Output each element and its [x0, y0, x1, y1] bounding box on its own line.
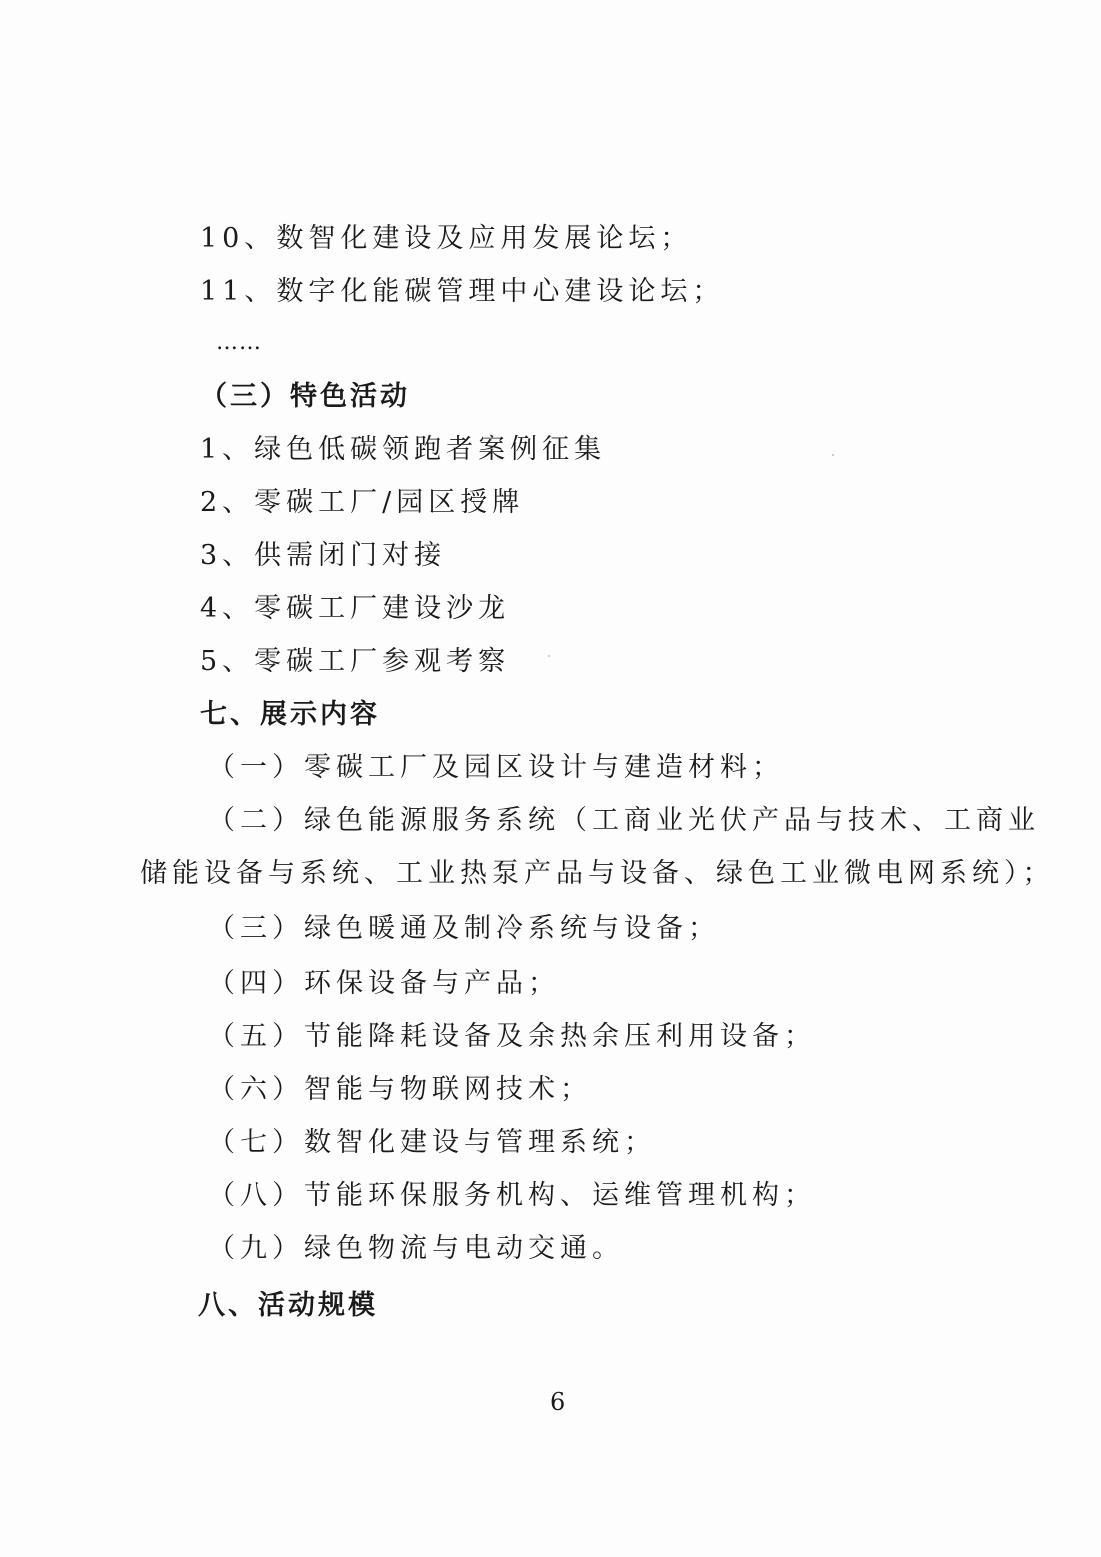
exhibit-item-7: （七）数智化建设与管理系统；	[208, 1126, 656, 1160]
activity-item-4: 4、零碳工厂建设沙龙	[200, 592, 510, 626]
activity-item-1: 1、绿色低碳领跑者案例征集	[200, 433, 606, 467]
section-heading-special-activities: （三）特色活动	[200, 380, 410, 414]
section-heading-activity-scale: 八、活动规模	[198, 1289, 378, 1323]
list-ellipsis: ……	[216, 326, 262, 360]
activity-item-2: 2、零碳工厂/园区授牌	[200, 486, 524, 520]
exhibit-item-2-line2: 储能设备与系统、工业热泵产品与设备、绿色工业微电网系统）；	[140, 857, 1055, 891]
exhibit-item-6: （六）智能与物联网技术；	[208, 1073, 592, 1107]
exhibit-item-2-line1: （二）绿色能源服务系统（工商业光伏产品与技术、工商业	[208, 804, 1040, 838]
activity-item-5: 5、零碳工厂参观考察	[200, 645, 510, 679]
document-page: 10、数智化建设及应用发展论坛； 11、数字化能碳管理中心建设论坛； …… （三…	[0, 0, 1101, 1557]
page-number: 6	[550, 1388, 565, 1416]
forum-item-11: 11、数字化能碳管理中心建设论坛；	[200, 275, 724, 309]
activity-item-3: 3、供需闭门对接	[200, 539, 446, 573]
exhibit-item-5: （五）节能降耗设备及余热余压利用设备；	[208, 1020, 816, 1054]
exhibit-item-1: （一）零碳工厂及园区设计与建造材料；	[208, 751, 784, 785]
section-heading-exhibition-content: 七、展示内容	[200, 698, 380, 732]
exhibit-item-4: （四）环保设备与产品；	[208, 967, 560, 1001]
exhibit-item-9: （九）绿色物流与电动交通。	[208, 1232, 624, 1266]
scan-speck	[548, 655, 550, 657]
scan-speck	[832, 454, 834, 456]
exhibit-item-3: （三）绿色暖通及制冷系统与设备；	[208, 912, 720, 946]
exhibit-item-8: （八）节能环保服务机构、运维管理机构；	[208, 1179, 816, 1213]
forum-item-10: 10、数智化建设及应用发展论坛；	[200, 222, 692, 256]
